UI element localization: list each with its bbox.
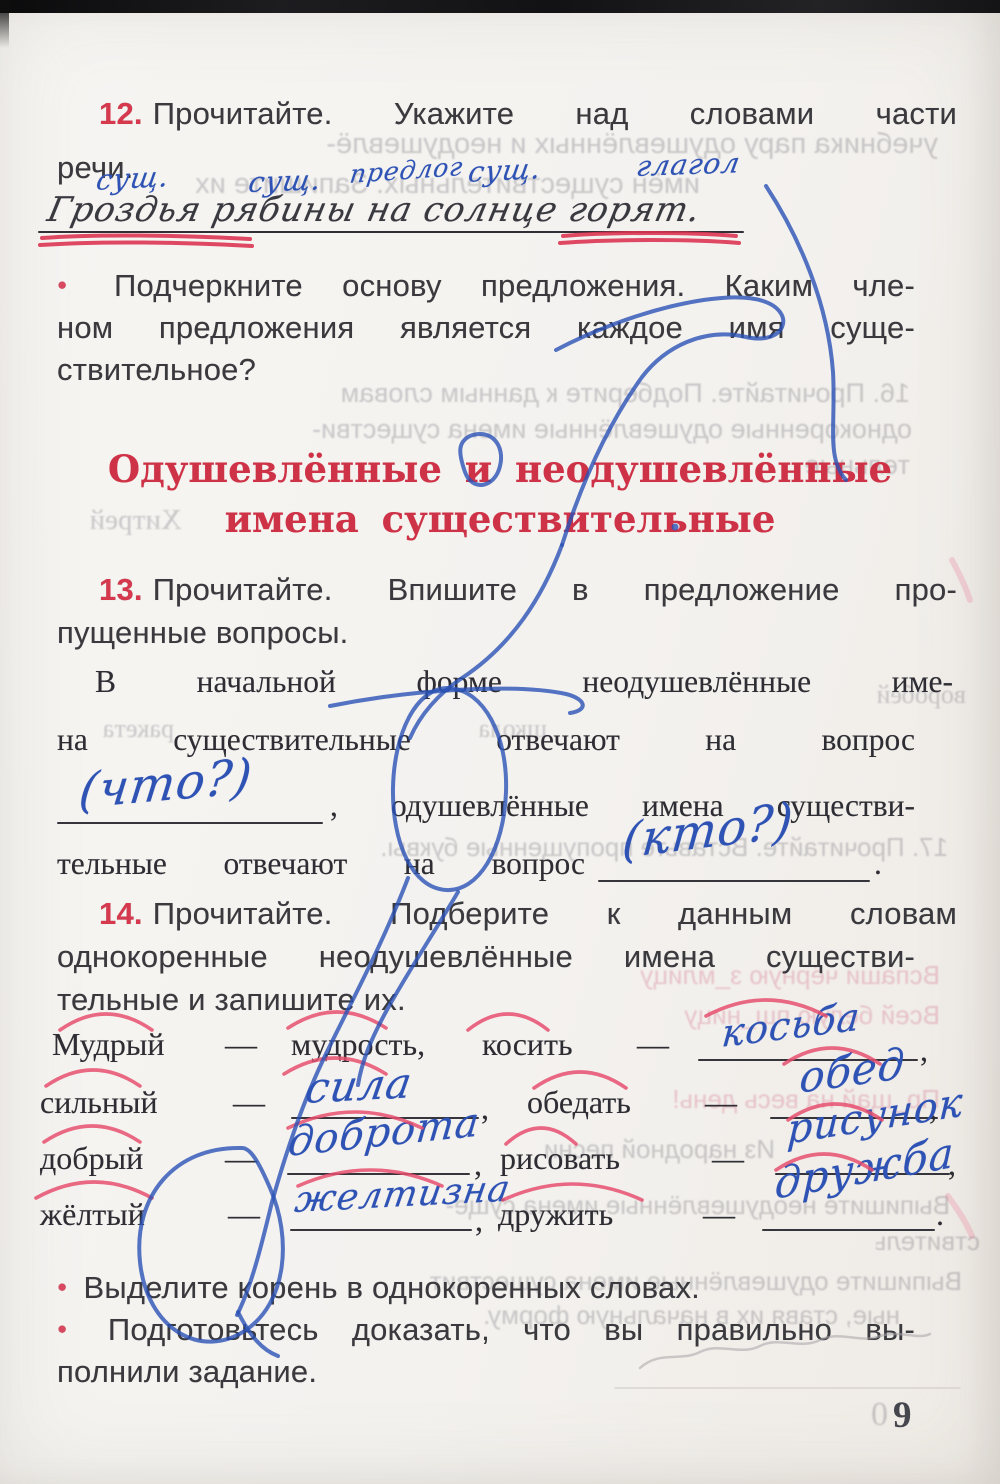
handwriting-answer-sila: сила (302, 1058, 416, 1113)
handwriting-pos-label-4: сущ. (466, 152, 544, 189)
handwriting-layer: сущ.сущ.предлогсущ.глаголГроздья рябины … (0, 0, 1000, 1484)
handwriting-answer-zheltizna: желтизна (292, 1168, 514, 1221)
handwriting-pos-label-3: предлог (348, 152, 465, 189)
handwriting-answer-chto: (что?) (76, 748, 256, 820)
handwriting-sentence: Гроздья рябины на солнце горят. (44, 190, 705, 230)
handwriting-answer-kto: (кто?) (620, 792, 796, 870)
scan-edge-top (0, 0, 1000, 13)
scan-edge-corner (0, 0, 9, 48)
handwriting-pos-label-5: глагол (634, 146, 743, 183)
workbook-page: учебника пару одушевлённых и неодушевлё-… (0, 0, 1000, 1484)
